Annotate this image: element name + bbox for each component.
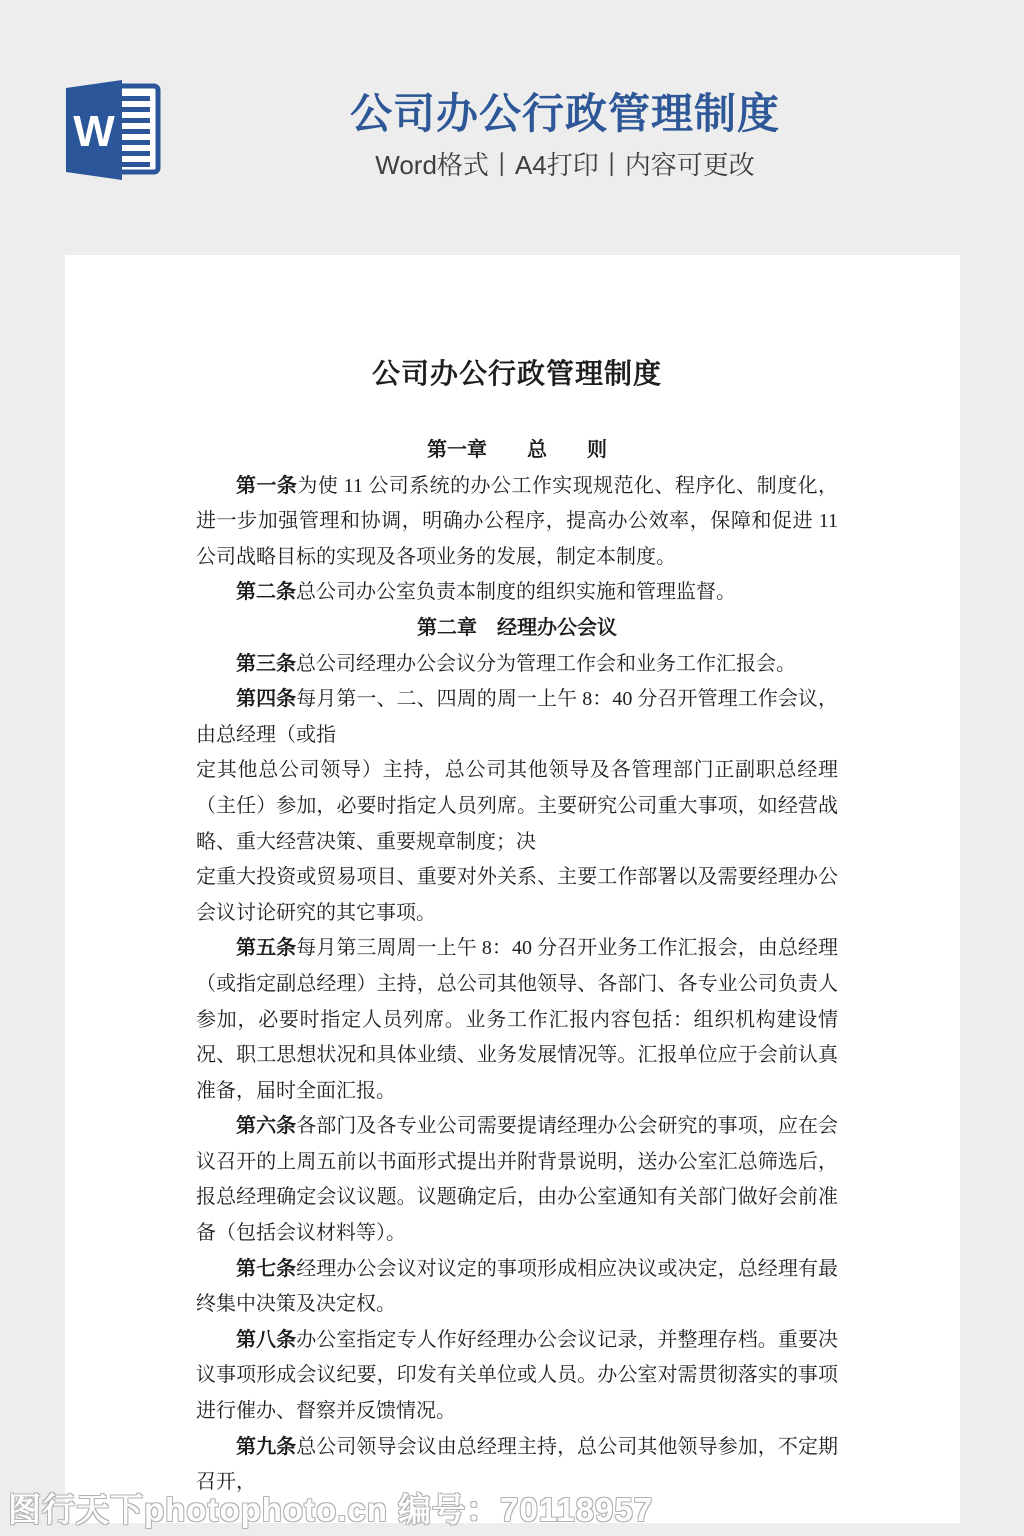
- clause-number: 第二条: [236, 581, 296, 603]
- paragraph-text: 定其他总公司领导）主持，总公司其他领导及各管理部门正副职总经理（主任）参加，必要…: [196, 759, 838, 852]
- clause-number: 第六条: [236, 1115, 296, 1137]
- chapter-heading: 第二章 经理办公会议: [196, 611, 838, 647]
- template-subtitle: Word格式丨A4打印丨内容可更改: [165, 148, 965, 182]
- document-body: 第一章 总 则第一条为使 11 公司系统的办公工作实现规范化、程序化、制度化，进…: [196, 433, 838, 1501]
- template-title: 公司办公行政管理制度: [165, 86, 965, 142]
- clause-number: 第五条: [236, 937, 296, 959]
- document-page: 公司办公行政管理制度 第一章 总 则第一条为使 11 公司系统的办公工作实现规范…: [65, 255, 960, 1523]
- chapter-heading: 第一章 总 则: [196, 433, 838, 469]
- paragraph-text: 每月第三周周一上午 8：40 分召开业务工作汇报会，由总经理（或指定副总经理）主…: [196, 937, 838, 1101]
- template-header: W 公司办公行政管理制度 Word格式丨A4打印丨内容可更改: [0, 0, 1024, 255]
- paragraph: 第六条各部门及各专业公司需要提请经理办公会研究的事项，应在会议召开的上周五前以书…: [196, 1109, 838, 1251]
- paragraph: 第一条为使 11 公司系统的办公工作实现规范化、程序化、制度化，进一步加强管理和…: [196, 469, 838, 576]
- clause-number: 第一条: [236, 475, 297, 497]
- paragraph: 第八条办公室指定专人作好经理办公会议记录，并整理存档。重要决议事项形成会议纪要，…: [196, 1323, 838, 1430]
- paragraph: 第五条每月第三周周一上午 8：40 分召开业务工作汇报会，由总经理（或指定副总经…: [196, 931, 838, 1109]
- svg-text:W: W: [73, 107, 115, 156]
- paragraph: 第四条每月第一、二、四周的周一上午 8：40 分召开管理工作会议，由总经理（或指: [196, 682, 838, 753]
- paragraph: 定重大投资或贸易项目、重要对外关系、主要工作部署以及需要经理办公会议讨论研究的其…: [196, 860, 838, 931]
- clause-number: 第七条: [236, 1258, 296, 1280]
- word-icon: W: [62, 78, 162, 182]
- screenshot-canvas: W 公司办公行政管理制度 Word格式丨A4打印丨内容可更改 公司办公行政管理制…: [0, 0, 1024, 1536]
- paragraph-text: 总公司经理办公会议分为管理工作会和业务工作汇报会。: [296, 653, 796, 675]
- clause-number: 第三条: [236, 653, 296, 675]
- paragraph: 第七条经理办公会议对议定的事项形成相应决议或决定，总经理有最终集中决策及决定权。: [196, 1252, 838, 1323]
- document-title: 公司办公行政管理制度: [196, 357, 838, 393]
- paragraph: 第三条总公司经理办公会议分为管理工作会和业务工作汇报会。: [196, 647, 838, 683]
- paragraph: 定其他总公司领导）主持，总公司其他领导及各管理部门正副职总经理（主任）参加，必要…: [196, 753, 838, 860]
- paragraph-text: 总公司办公室负责本制度的组织实施和管理监督。: [296, 581, 736, 603]
- header-text-block: 公司办公行政管理制度 Word格式丨A4打印丨内容可更改: [165, 86, 965, 182]
- clause-number: 第九条: [236, 1436, 296, 1458]
- paragraph: 第二条总公司办公室负责本制度的组织实施和管理监督。: [196, 575, 838, 611]
- clause-number: 第八条: [236, 1329, 296, 1351]
- clause-number: 第四条: [236, 688, 296, 710]
- watermark-text: 图行天下photophoto.cn 编号：70118957: [8, 1484, 653, 1531]
- paragraph-text: 定重大投资或贸易项目、重要对外关系、主要工作部署以及需要经理办公会议讨论研究的其…: [196, 866, 838, 924]
